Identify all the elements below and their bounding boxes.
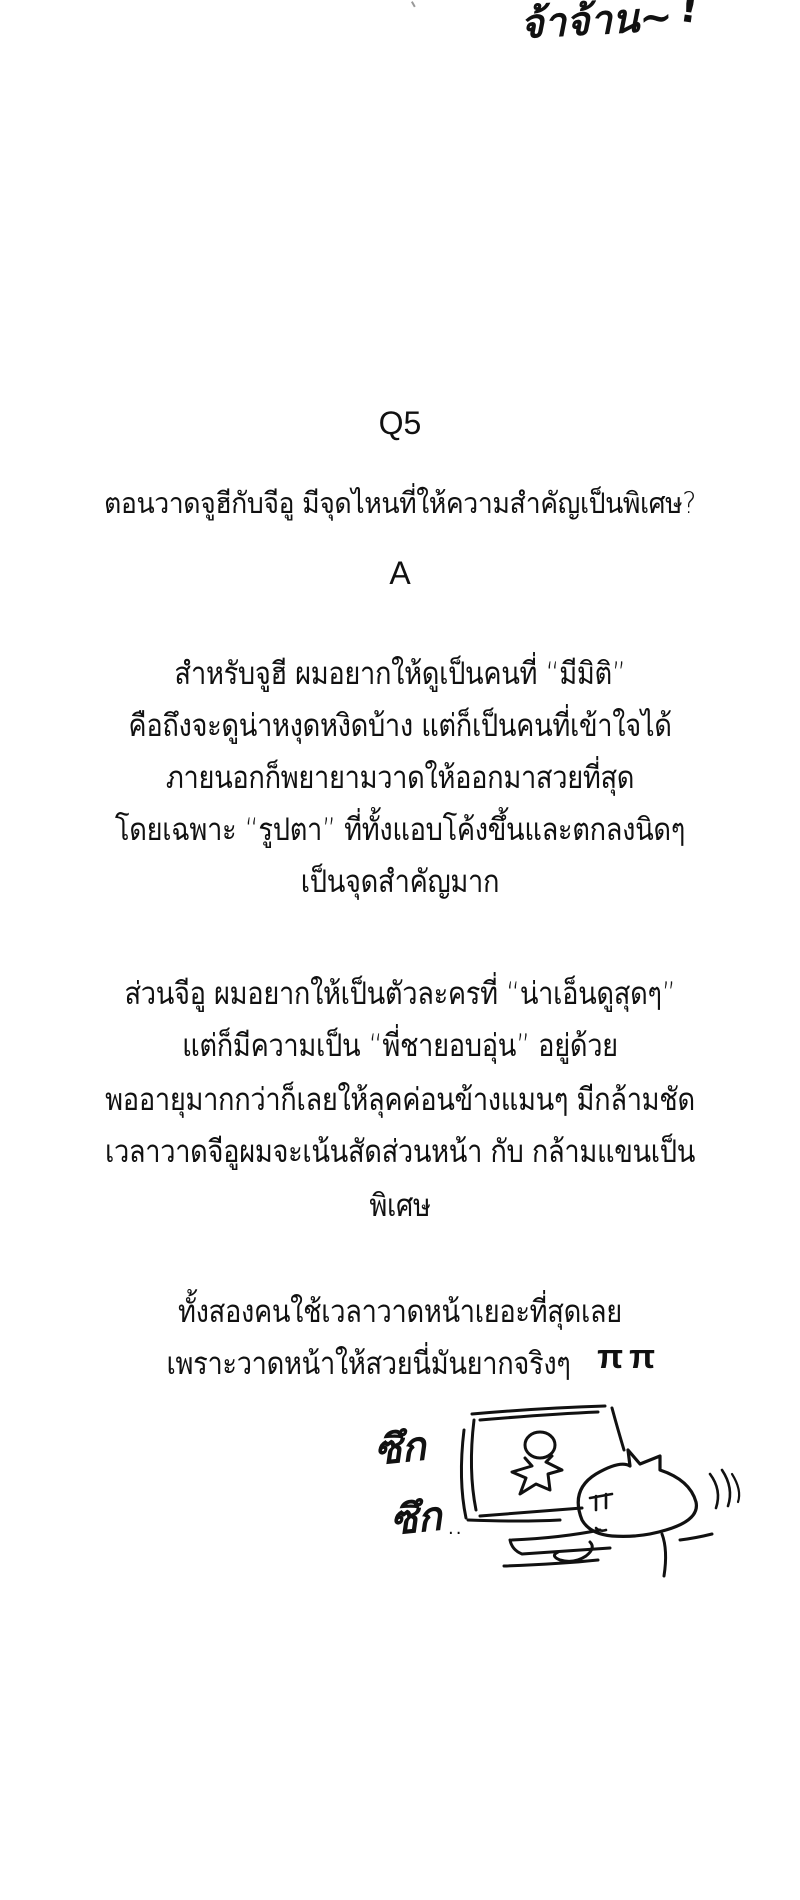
- answer-line: พออายุมากกว่าก็เลยให้ลุคค่อนข้างแมนๆ มีก…: [48, 1074, 752, 1124]
- answer-line: โดยเฉพาะ “รูปตา” ที่ทั้งแอบโค้งขึ้นและตก…: [48, 804, 752, 854]
- answer-line: ทั้งสองคนใช้เวลาวาดหน้าเยอะที่สุดเลย: [48, 1286, 752, 1336]
- answer-line: ภายนอกก็พยายามวาดให้ออกมาสวยที่สุด: [48, 752, 752, 802]
- answer-line: คือถึงจะดูน่าหงุดหงิดบ้าง แต่ก็เป็นคนที่…: [48, 700, 752, 750]
- computer-and-character-drawing: [360, 1390, 760, 1610]
- crying-artist-illustration: ซึก ซึก ..: [360, 1390, 760, 1610]
- top-caption-text: จ้าจ้าน~: [519, 0, 674, 48]
- top-caption: จ้าจ้าน~: [518, 0, 674, 56]
- crying-emoticon: ππ: [597, 1338, 661, 1376]
- top-caption-exclaim: !: [677, 0, 701, 33]
- answer-line: แต่ก็มีความเป็น “พี่ชายอบอุ่น” อยู่ด้วย: [48, 1020, 752, 1070]
- screen-avatar-icon: [512, 1432, 562, 1494]
- question-text: ตอนวาดจูฮีกับจีอู มีจุดไหนที่ให้ความสำคั…: [32, 480, 768, 526]
- answer-line-with-emoticon: เพราะวาดหน้าให้สวยนี่มันยากจริงๆ ππ: [0, 1338, 800, 1388]
- answer-label: A: [0, 555, 800, 592]
- speech-stroke-fragment: [411, 0, 420, 7]
- answer-line: เป็นจุดสำคัญมาก: [48, 856, 752, 906]
- answer-line: พิเศษ: [48, 1180, 752, 1230]
- question-label: Q5: [0, 405, 800, 442]
- answer-line: เวลาวาดจีอูผมจะเน้นสัดส่วนหน้า กับ กล้าม…: [48, 1126, 752, 1176]
- answer-line: สำหรับจูฮี ผมอยากให้ดูเป็นคนที่ “มีมิติ”: [48, 648, 752, 698]
- answer-line: เพราะวาดหน้าให้สวยนี่มันยากจริงๆ: [166, 1338, 570, 1388]
- answer-line: ส่วนจีอู ผมอยากให้เป็นตัวละครที่ “น่าเอ็…: [48, 968, 752, 1018]
